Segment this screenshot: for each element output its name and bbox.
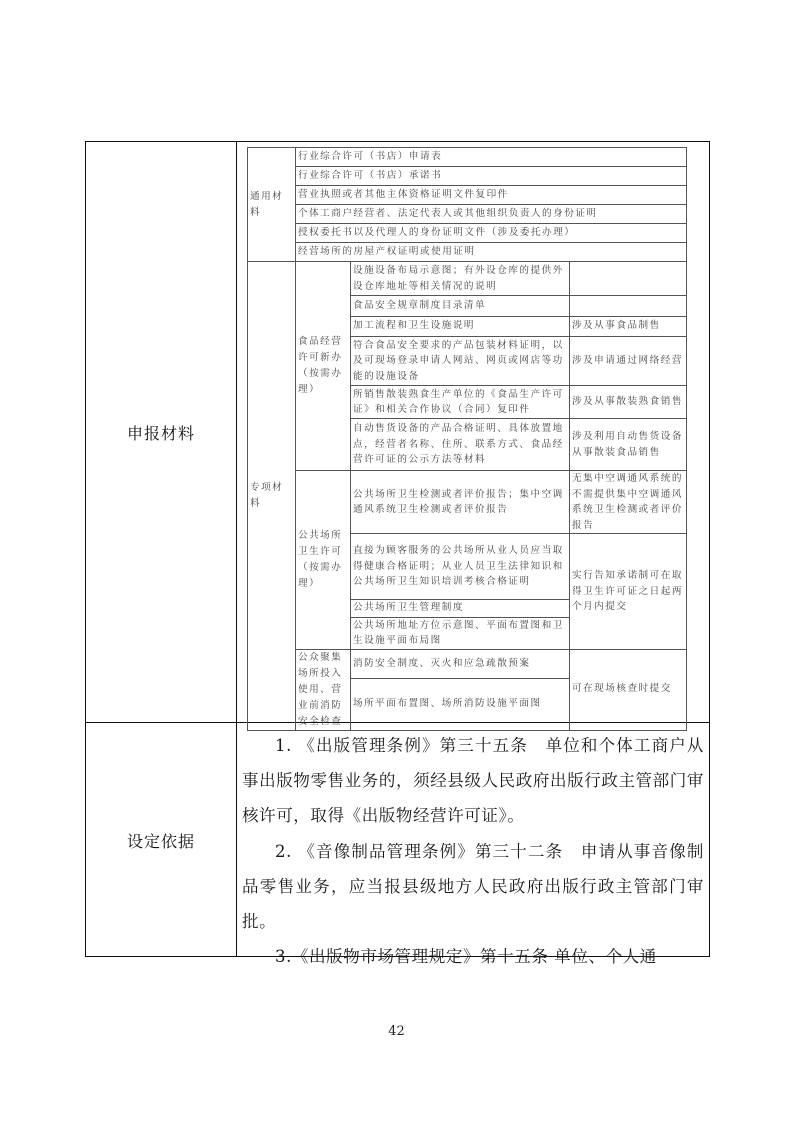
general-material-row: 授权委托书以及代理人的身份证明文件（涉及委托办理） bbox=[248, 224, 687, 243]
special-note bbox=[570, 296, 687, 317]
special-item: 直接为顾客服务的公共场所从业人员应当取得健康合格证明；从业人员卫生法律知识和公共… bbox=[351, 534, 570, 600]
special-material-row: 公共场所卫生许可（按需办理） 公共场所卫生检测或者评价报告；集中空调通风系统卫生… bbox=[248, 471, 687, 534]
special-item: 场所平面布置图、场所消防设施平面图 bbox=[351, 679, 570, 730]
materials-table: 通用材料 行业综合许可（书店）申请表 行业综合许可（书店）承诺书 营业执照或者其… bbox=[247, 147, 686, 720]
page-number: 42 bbox=[0, 1024, 793, 1039]
general-item: 个体工商户经营者、法定代表人或其他组织负责人的身份证明 bbox=[296, 205, 687, 224]
special-category: 专项材料 bbox=[248, 262, 296, 731]
special-note: 涉及从事散装熟食销售 bbox=[570, 386, 687, 419]
general-material-row: 行业综合许可（书店）承诺书 bbox=[248, 167, 687, 186]
special-item: 公共场所地址方位示意图、平面布置图和卫生设施平面布局图 bbox=[351, 617, 570, 649]
basis-paragraph: 1. 《出版管理条例》第三十五条 单位和个体工商户从事出版物零售业务的，须经县级… bbox=[242, 728, 704, 834]
special-note: 涉及从事食品制售 bbox=[570, 317, 687, 337]
special-note: 可在现场核查时提交 bbox=[570, 649, 687, 730]
general-material-row: 个体工商户经营者、法定代表人或其他组织负责人的身份证明 bbox=[248, 205, 687, 224]
special-note: 无集中空调通风系统的不需提供集中空调通风系统卫生检测或者评价报告 bbox=[570, 471, 687, 534]
special-item: 食品安全规章制度目录清单 bbox=[351, 296, 570, 317]
food-license-group: 食品经营许可新办（按需办理） bbox=[296, 262, 351, 471]
special-item: 公共场所卫生管理制度 bbox=[351, 600, 570, 618]
special-item: 公共场所卫生检测或者评价报告；集中空调通风系统卫生检测或者评价报告 bbox=[351, 471, 570, 534]
general-material-row: 经营场所的房屋产权证明或使用证明 bbox=[248, 243, 687, 262]
special-item: 自动售货设备的产品合格证明、具体放置地点，经营者名称、住所、联系方式、食品经营许… bbox=[351, 419, 570, 471]
general-category: 通用材料 bbox=[248, 148, 296, 262]
special-material-row: 公众聚集场所投入使用、营业前消防安全检查 消防安全制度、灭火和应急疏散预案 可在… bbox=[248, 649, 687, 679]
basis-paragraph: 2. 《音像制品管理条例》第三十二条 申请从事音像制品零售业务，应当报县级地方人… bbox=[242, 834, 704, 940]
special-item: 符合食品安全要求的产品包装材料证明，以及可现场登录申请人网站、网页或网店等功能的… bbox=[351, 337, 570, 386]
special-item: 设施设备布局示意图；有外设仓库的提供外设仓库地址等相关情况的说明 bbox=[351, 262, 570, 296]
general-item: 经营场所的房屋产权证明或使用证明 bbox=[296, 243, 687, 262]
materials-row-label: 申报材料 bbox=[86, 142, 236, 722]
document-page: 申报材料 设定依据 通用材料 行业综合许可（书店）申请表 行业综合许可（书店）承… bbox=[0, 0, 793, 1122]
general-item: 行业综合许可（书店）承诺书 bbox=[296, 167, 687, 186]
fire-safety-group: 公众聚集场所投入使用、营业前消防安全检查 bbox=[296, 649, 351, 730]
basis-row-label: 设定依据 bbox=[86, 722, 236, 958]
column-divider bbox=[236, 142, 237, 956]
special-note bbox=[570, 262, 687, 296]
general-item: 营业执照或者其他主体资格证明文件复印件 bbox=[296, 186, 687, 205]
special-item: 所销售散装熟食生产单位的《食品生产许可证》和相关合作协议（合同）复印件 bbox=[351, 386, 570, 419]
special-note: 实行告知承诺制可在取得卫生许可证之日起两个月内提交 bbox=[570, 534, 687, 650]
general-item: 行业综合许可（书店）申请表 bbox=[296, 148, 687, 167]
legal-basis-text: 1. 《出版管理条例》第三十五条 单位和个体工商户从事出版物零售业务的，须经县级… bbox=[242, 728, 704, 974]
public-hygiene-group: 公共场所卫生许可（按需办理） bbox=[296, 471, 351, 650]
special-note: 涉及利用自动售货设备从事散装食品销售 bbox=[570, 419, 687, 471]
special-note: 涉及申请通过网络经营 bbox=[570, 337, 687, 386]
special-material-row: 专项材料 食品经营许可新办（按需办理） 设施设备布局示意图；有外设仓库的提供外设… bbox=[248, 262, 687, 296]
general-item: 授权委托书以及代理人的身份证明文件（涉及委托办理） bbox=[296, 224, 687, 243]
special-item: 加工流程和卫生设施说明 bbox=[351, 317, 570, 337]
general-material-row: 通用材料 行业综合许可（书店）申请表 bbox=[248, 148, 687, 167]
special-item: 消防安全制度、灭火和应急疏散预案 bbox=[351, 649, 570, 679]
general-material-row: 营业执照或者其他主体资格证明文件复印件 bbox=[248, 186, 687, 205]
basis-paragraph: 3.《出版物市场管理规定》第十五条 单位、个人通 bbox=[242, 939, 704, 974]
